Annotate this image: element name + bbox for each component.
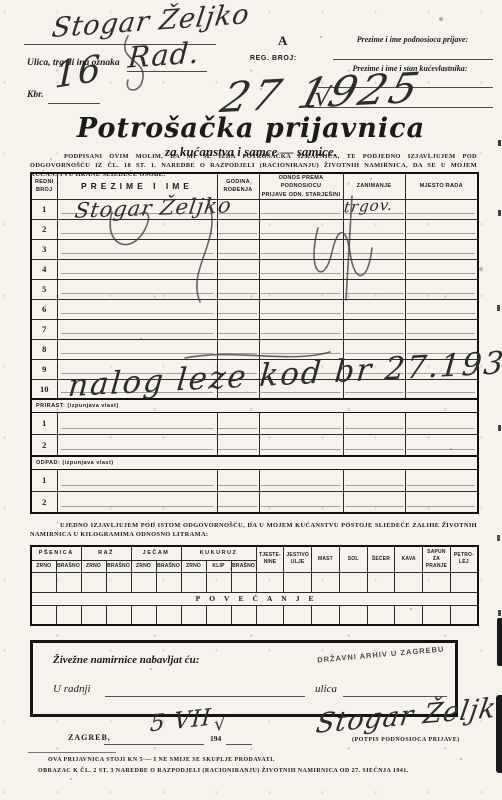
empty-cell	[259, 491, 343, 513]
empty-cell	[259, 319, 343, 339]
empty-cell	[217, 219, 259, 239]
empty-cell	[343, 279, 405, 299]
empty-cell	[217, 299, 259, 319]
supplies-paragraph: UJEDNO IZJAVLJUJEM POD ISTOM ODGOVORNOŠĆ…	[30, 522, 477, 540]
empty-cell	[57, 434, 217, 456]
supply-value-cell	[256, 605, 284, 625]
empty-cell	[57, 279, 217, 299]
empty-cell	[259, 339, 343, 359]
supply-subcolumn-header: BRAŠNO	[56, 560, 81, 572]
empty-cell	[405, 359, 478, 379]
row-number: 8	[31, 339, 57, 359]
empty-cell	[405, 434, 478, 456]
supply-subcolumn-header: ZRNO	[81, 560, 106, 572]
supply-value-cell	[284, 605, 312, 625]
handwriting-street: Rad.	[127, 35, 201, 74]
empty-cell	[343, 469, 405, 491]
applicant-underline	[333, 59, 493, 60]
supply-column-header: PETRO- LEJ	[450, 546, 478, 572]
supply-value-cell	[156, 572, 181, 592]
row-number: 2	[31, 219, 57, 239]
col-header-odnos: ODNOS PREMA PODNOSIOCU PRIJAVE ODN. STAR…	[259, 173, 343, 199]
empty-cell	[57, 199, 217, 219]
empty-cell	[259, 199, 343, 219]
empty-cell	[217, 359, 259, 379]
supply-value-cell	[231, 572, 256, 592]
empty-cell	[217, 279, 259, 299]
prirast-row: 2	[31, 434, 478, 456]
supply-column-header: ŠEĆER	[367, 546, 395, 572]
empty-cell	[343, 199, 405, 219]
row-number: 5	[31, 279, 57, 299]
empty-cell	[259, 434, 343, 456]
supply-group-header: JEČAM	[131, 546, 181, 560]
footer-rule	[28, 752, 116, 753]
supply-value-cell	[395, 605, 423, 625]
empty-cell	[405, 412, 478, 434]
household-row: 7	[31, 319, 478, 339]
prirast-row: 1	[31, 412, 478, 434]
supply-subcolumn-header: BRAŠNO	[231, 560, 256, 572]
empty-cell	[57, 379, 217, 399]
empty-cell	[217, 239, 259, 259]
povecanje-row: POVEĆANJE	[31, 592, 478, 605]
empty-cell	[343, 491, 405, 513]
handwriting-date-check: √	[214, 714, 226, 735]
supply-value-cell	[106, 605, 131, 625]
empty-cell	[405, 239, 478, 259]
landlord-underline	[318, 87, 493, 88]
supply-value-cell	[206, 572, 231, 592]
city-label: ZAGREB,	[68, 733, 111, 742]
supply-column-header: JESTIVO ULJE	[284, 546, 312, 572]
empty-cell	[343, 412, 405, 434]
empty-cell	[259, 219, 343, 239]
date-underline	[104, 744, 204, 745]
supply-value-cell	[339, 605, 367, 625]
supply-value-cell	[206, 605, 231, 625]
street-underline	[127, 71, 207, 72]
household-row: 5	[31, 279, 478, 299]
row-number: 1	[31, 469, 57, 491]
supply-column-header: SAPUN ZA PRANJE	[423, 546, 451, 572]
empty-cell	[405, 259, 478, 279]
supply-subcolumn-header: ZRNO	[181, 560, 206, 572]
signature-caption: (POTPIS PODNOSIOCA PRIJAVE)	[352, 737, 460, 743]
empty-cell	[405, 469, 478, 491]
row-number: 9	[31, 359, 57, 379]
applicant-name-label: Prezime i ime podnosioca prijave:	[330, 35, 495, 44]
supply-column-header: SOL	[339, 546, 367, 572]
supply-value-cell	[181, 605, 206, 625]
col-header-mjesto-rada: MJESTO RADA	[405, 173, 478, 199]
footer-price-note: OVA PRIJAVNICA STOJI KN 5·— I NE SMIJE S…	[48, 757, 275, 763]
household-row: 4	[31, 259, 478, 279]
empty-cell	[343, 359, 405, 379]
supply-group-header: RAŽ	[81, 546, 131, 560]
supply-value-cell	[81, 572, 106, 592]
empty-cell	[343, 434, 405, 456]
supply-value-cell	[312, 605, 340, 625]
scan-artifact	[496, 695, 502, 773]
empty-cell	[343, 379, 405, 399]
empty-cell	[343, 219, 405, 239]
reg-number-label: REG. BROJ:	[250, 55, 297, 62]
supply-value-cell	[423, 605, 451, 625]
supply-column-header: TJESTE- NINE	[256, 546, 284, 572]
col-header-godina-rodjenja: GODINA ROĐENJA	[217, 173, 259, 199]
supply-subcolumn-header: ZRNO	[131, 560, 156, 572]
empty-cell	[259, 379, 343, 399]
supply-subcolumn-header: BRAŠNO	[106, 560, 131, 572]
empty-cell	[259, 239, 343, 259]
household-row: 3	[31, 239, 478, 259]
empty-cell	[217, 379, 259, 399]
empty-cell	[405, 279, 478, 299]
street-label: Ulica, trg ili ina oznaka	[27, 58, 120, 68]
empty-cell	[259, 359, 343, 379]
supply-value-cell	[284, 572, 312, 592]
row-number: 10	[31, 379, 57, 399]
odpad-band-label: ODPAD: (izpunjava vlast)	[31, 456, 478, 469]
empty-cell	[217, 259, 259, 279]
supply-value-cell	[81, 605, 106, 625]
empty-cell	[405, 339, 478, 359]
prirast-band: PRIRAST: (izpunjava vlast)	[31, 399, 478, 412]
prirast-band-label: PRIRAST: (izpunjava vlast)	[31, 399, 478, 412]
odpad-row: 1	[31, 469, 478, 491]
supply-value-cell	[181, 572, 206, 592]
household-row: 9	[31, 359, 478, 379]
empty-cell	[57, 469, 217, 491]
empty-cell	[405, 199, 478, 219]
supply-value-cell	[367, 605, 395, 625]
supply-value-cell	[423, 572, 451, 592]
empty-cell	[259, 299, 343, 319]
supplies-increase-row	[31, 605, 478, 625]
form-section-letter: A	[278, 33, 287, 49]
empty-cell	[343, 259, 405, 279]
empty-cell	[343, 299, 405, 319]
supply-value-cell	[339, 572, 367, 592]
supply-value-cell	[131, 605, 156, 625]
empty-cell	[217, 339, 259, 359]
supplies-header-row: PŠENICARAŽJEČAMKUKURUZTJESTE- NINEJESTIV…	[31, 546, 478, 560]
house-number-label: Kbr.	[27, 90, 44, 100]
house-number-underline	[48, 103, 100, 104]
name-underline	[24, 44, 216, 45]
empty-cell	[405, 319, 478, 339]
empty-cell	[57, 239, 217, 259]
empty-cell	[343, 239, 405, 259]
shop-underline	[105, 696, 305, 697]
empty-cell	[343, 339, 405, 359]
supply-value-cell	[56, 605, 81, 625]
shop-street-underline	[343, 696, 447, 697]
supply-subcolumn-header: ZRNO	[31, 560, 56, 572]
col-header-prezime-ime: PREZIME I IME	[57, 173, 217, 199]
household-row: 8	[31, 339, 478, 359]
row-number: 1	[31, 412, 57, 434]
row-number: 2	[31, 491, 57, 513]
supply-value-cell	[31, 605, 56, 625]
supply-value-cell	[106, 572, 131, 592]
purchase-statement: Živežne namirnice nabavljat ću:	[53, 654, 199, 666]
supply-value-cell	[131, 572, 156, 592]
row-number: 6	[31, 299, 57, 319]
supply-column-header: KAVA	[395, 546, 423, 572]
landlord-name-label: Prezime i ime i stan kućevlastnika:	[325, 64, 495, 73]
supply-group-header: PŠENICA	[31, 546, 81, 560]
empty-cell	[57, 299, 217, 319]
shop-street-label: ulica	[315, 683, 337, 695]
empty-cell	[405, 219, 478, 239]
purchase-box: Živežne namirnice nabavljat ću: U radnji…	[30, 640, 458, 717]
empty-cell	[217, 412, 259, 434]
empty-cell	[217, 199, 259, 219]
empty-cell	[57, 359, 217, 379]
odpad-row: 2	[31, 491, 478, 513]
row-number: 4	[31, 259, 57, 279]
supply-value-cell	[56, 572, 81, 592]
extra-underline	[308, 107, 493, 108]
supply-value-cell	[31, 572, 56, 592]
supply-value-cell	[312, 572, 340, 592]
empty-cell	[259, 259, 343, 279]
supply-column-header: MAST	[312, 546, 340, 572]
scan-artifact	[498, 140, 501, 146]
page-title: Potrošačka prijavnica	[0, 113, 502, 144]
scan-artifact	[497, 618, 502, 666]
row-number: 1	[31, 199, 57, 219]
archive-stamp: DRŽAVNI ARHIV U ZAGREBU	[317, 644, 445, 664]
footer-legal-note: OBRAZAC K ČL. 2 ST. 3 NAREDBE O RAZPODJE…	[38, 768, 409, 774]
col-header-redni-broj: REDNI BROJ	[31, 173, 57, 199]
empty-cell	[57, 412, 217, 434]
empty-cell	[217, 469, 259, 491]
row-number: 2	[31, 434, 57, 456]
supply-value-cell	[395, 572, 423, 592]
empty-cell	[57, 339, 217, 359]
empty-cell	[259, 469, 343, 491]
row-number: 3	[31, 239, 57, 259]
handwriting-applicant-name: Stogar Željko	[50, 0, 252, 44]
supply-value-cell	[156, 605, 181, 625]
handwriting-house-number: 16	[54, 48, 102, 97]
supply-value-cell	[450, 605, 478, 625]
supply-subcolumn-header: BRAŠNO	[156, 560, 181, 572]
empty-cell	[57, 259, 217, 279]
empty-cell	[405, 379, 478, 399]
handwriting-check-mark: √	[312, 81, 334, 114]
empty-cell	[57, 219, 217, 239]
year-label: 194	[210, 734, 221, 743]
food-supplies-table: PŠENICARAŽJEČAMKUKURUZTJESTE- NINEJESTIV…	[30, 545, 479, 626]
household-row: 1	[31, 199, 478, 219]
empty-cell	[57, 491, 217, 513]
household-row: 2	[31, 219, 478, 239]
household-members-table: REDNI BROJ PREZIME I IME GODINA ROĐENJA …	[30, 172, 479, 514]
supply-subcolumn-header: KLIP	[206, 560, 231, 572]
col-header-zanimanje: ZANIMANJE	[343, 173, 405, 199]
row-number: 7	[31, 319, 57, 339]
empty-cell	[57, 319, 217, 339]
household-row: 6	[31, 299, 478, 319]
povecanje-label: POVEĆANJE	[31, 592, 478, 605]
supply-value-cell	[256, 572, 284, 592]
supply-value-cell	[450, 572, 478, 592]
shop-label: U radnji	[53, 683, 91, 695]
empty-cell	[259, 412, 343, 434]
year-underline	[226, 744, 252, 745]
supply-group-header: KUKURUZ	[181, 546, 256, 560]
paper-specks	[110, 28, 112, 30]
empty-cell	[405, 491, 478, 513]
empty-cell	[405, 299, 478, 319]
empty-cell	[259, 279, 343, 299]
empty-cell	[343, 319, 405, 339]
empty-cell	[217, 491, 259, 513]
supply-value-cell	[231, 605, 256, 625]
empty-cell	[217, 434, 259, 456]
supply-value-cell	[367, 572, 395, 592]
odpad-band: ODPAD: (izpunjava vlast)	[31, 456, 478, 469]
supplies-value-row	[31, 572, 478, 592]
empty-cell	[217, 319, 259, 339]
household-row: 10	[31, 379, 478, 399]
table-header-row: REDNI BROJ PREZIME I IME GODINA ROĐENJA …	[31, 173, 478, 199]
